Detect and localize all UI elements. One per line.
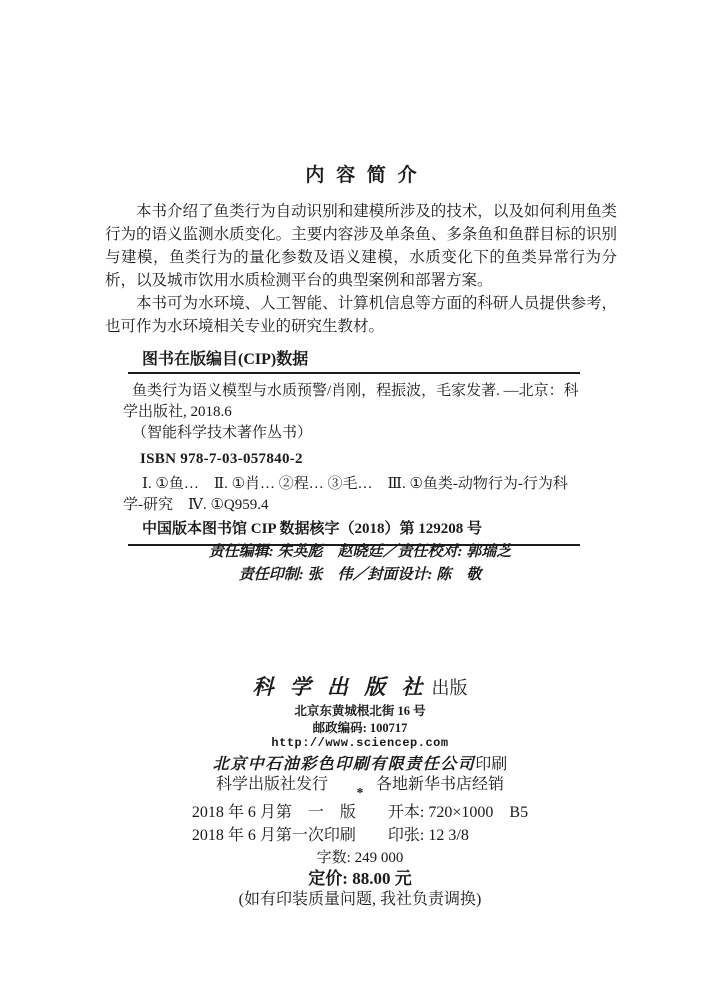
cip-series-title: （智能科学技术著作丛书） (123, 423, 585, 444)
book-copyright-page: 内 容 简 介 本书介绍了鱼类行为自动识别和建模所涉及的技术，以及如何利用鱼类行… (0, 0, 720, 1000)
editor-credits-line: 责任编辑: 朱英彪 赵晓廷／责任校对: 郭瑞芝 (0, 541, 720, 564)
publisher-address: 北京东黄城根北街 16 号 (0, 701, 720, 719)
staff-credits: 责任编辑: 朱英彪 赵晓廷／责任校对: 郭瑞芝 责任印制: 张 伟／封面设计: … (0, 541, 720, 587)
edition-block: 2018 年 6 月第 一 版 开本: 720×1000 B5 2018 年 6… (0, 802, 720, 847)
cip-heading: 图书在版编目(CIP)数据 (128, 346, 580, 369)
publisher-url: http://www.sciencep.com (0, 736, 720, 750)
cip-section: 图书在版编目(CIP)数据 鱼类行为语义模型与水质预警/肖刚，程振波，毛家发著.… (128, 346, 580, 546)
impression-line: 2018 年 6 月第一次印刷 印张: 12 3/8 (192, 825, 528, 848)
publish-label: 出版 (432, 678, 468, 698)
isbn: ISBN 978-7-03-057840-2 (123, 449, 585, 470)
quality-notice: (如有印装质量问题, 我社负责调换) (0, 886, 720, 909)
publisher-name: 科 学 出 版 社 (253, 675, 424, 699)
content-intro-section: 内 容 简 介 本书介绍了鱼类行为自动识别和建模所涉及的技术，以及如何利用鱼类行… (105, 160, 617, 338)
asterisk-separator: * (0, 786, 720, 802)
intro-paragraph-1: 本书介绍了鱼类行为自动识别和建模所涉及的技术，以及如何利用鱼类行为的语义监测水质… (105, 200, 617, 292)
printer-credits-line: 责任印制: 张 伟／封面设计: 陈 敬 (0, 564, 720, 587)
intro-title: 内 容 简 介 (105, 160, 617, 187)
cip-classification: Ⅰ. ①鱼… Ⅱ. ①肖… ②程… ③毛… Ⅲ. ①鱼类-动物行为-行为科学-研… (123, 474, 585, 516)
cip-entry: 鱼类行为语义模型与水质预警/肖刚，程振波，毛家发著. —北京：科学出版社, 20… (123, 381, 585, 423)
edition-line: 2018 年 6 月第 一 版 开本: 720×1000 B5 (192, 802, 528, 825)
cip-registry-number: 中国版本图书馆 CIP 数据核字（2018）第 129208 号 (123, 519, 585, 540)
publisher-imprint-line: 科 学 出 版 社出版 (0, 671, 720, 701)
postal-code: 邮政编码: 100717 (0, 718, 720, 736)
intro-paragraph-2: 本书可为水环境、人工智能、计算机信息等方面的科研人员提供参考，也可作为水环境相关… (105, 292, 617, 338)
cip-body: 鱼类行为语义模型与水质预警/肖刚，程振波，毛家发著. —北京：科学出版社, 20… (123, 374, 585, 544)
